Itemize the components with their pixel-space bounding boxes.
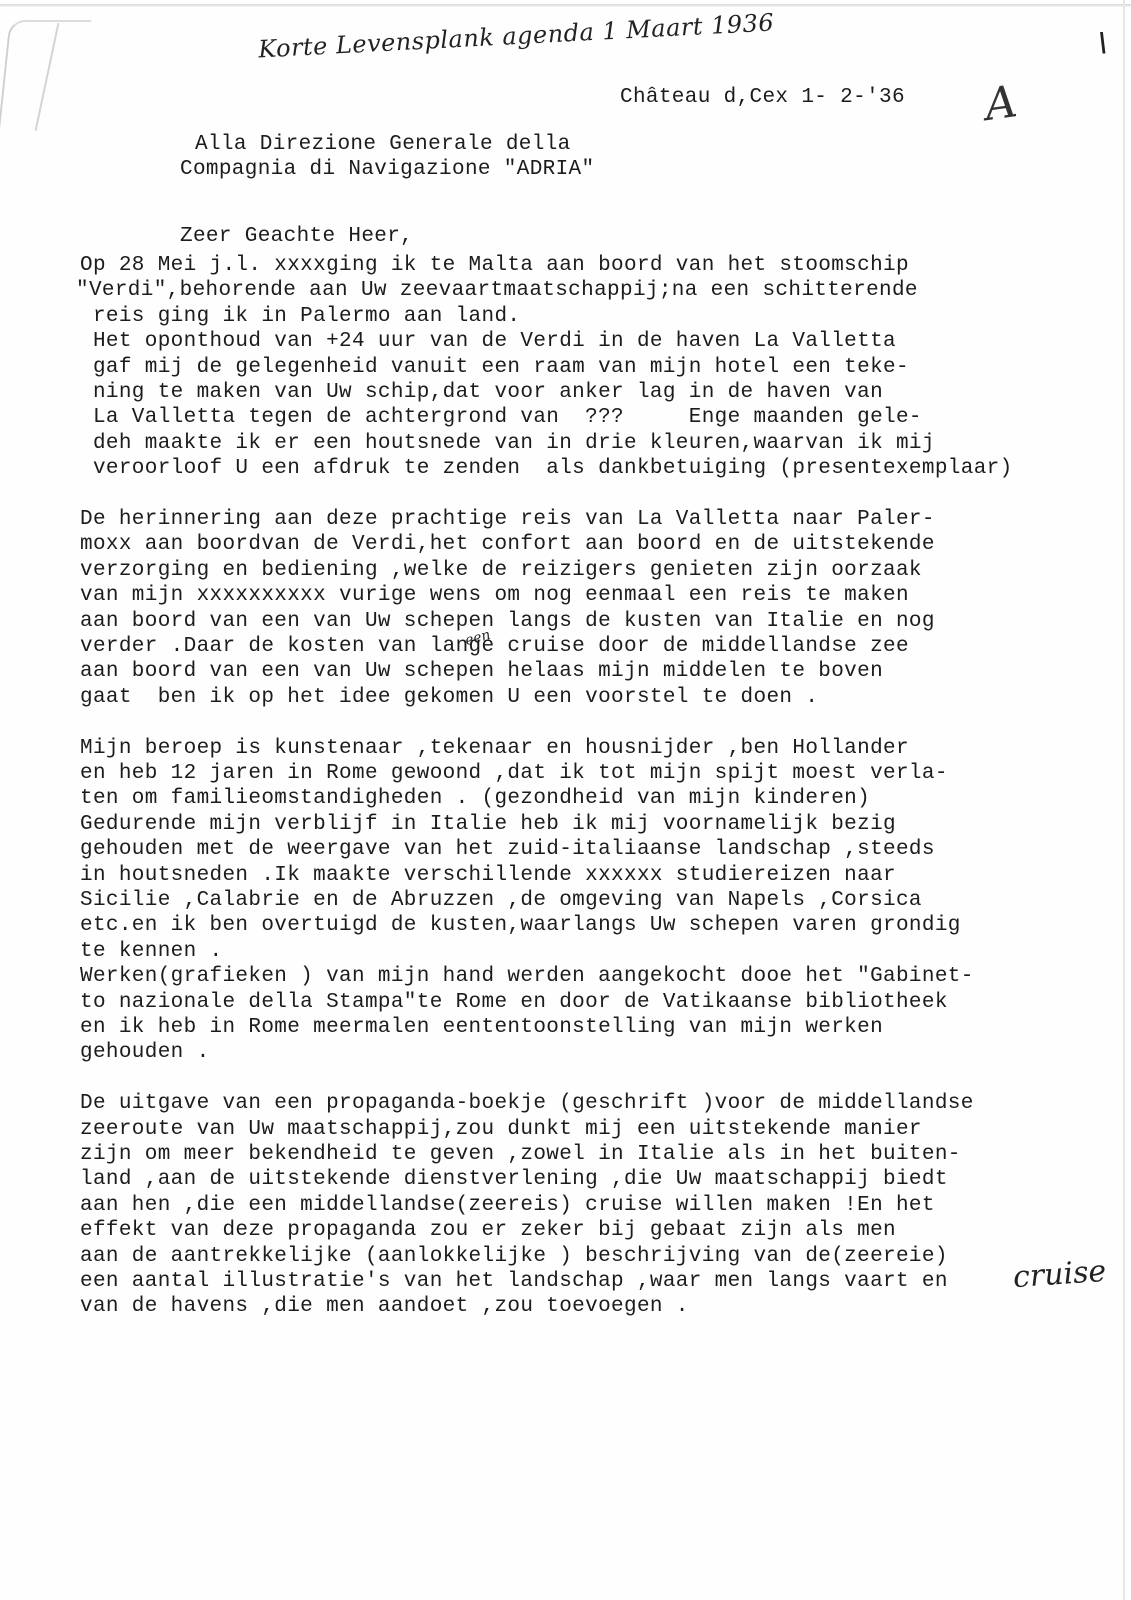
letter-line: moxx aan boordvan de Verdi,het confort a… [80, 533, 935, 557]
letter-line: effekt van deze propaganda zou er zeker … [80, 1219, 896, 1243]
letter-line: ning te maken van Uw schip,dat voor anke… [80, 381, 883, 405]
letter-line: aan de aantrekkelijke (aanlokkelijke ) b… [80, 1245, 948, 1269]
letter-line: land ,aan de uitstekende dienstverlening… [80, 1168, 948, 1192]
letter-line: Sicilie ,Calabrie en de Abruzzen ,de omg… [80, 889, 922, 913]
letter-line: aan boord van een van Uw schepen langs d… [80, 610, 935, 634]
letter-line: en ik heb in Rome meermalen eententoonst… [80, 1016, 883, 1040]
letter-line: verzorging en bediening ,welke de reizig… [80, 559, 922, 583]
letter-line: gehouden . [80, 1041, 210, 1065]
letter-line: van mijn xxxxxxxxxx vurige wens om nog e… [80, 584, 909, 608]
letter-line: aan hen ,die een middellandse(zeereis) c… [80, 1194, 935, 1218]
letter-line: gaat ben ik op het idee gekomen U een vo… [80, 686, 818, 710]
letter-line: in houtsneden .Ik maakte verschillende x… [80, 864, 896, 888]
letter-line: reis ging ik in Palermo aan land. [80, 305, 520, 329]
letter-line: etc.en ik ben overtuigd de kusten,waarla… [80, 914, 961, 938]
handwritten-insert-cruise: cruise [1012, 1254, 1107, 1295]
letter-line: De uitgave van een propaganda-boekje (ge… [80, 1092, 974, 1116]
letter-line: Gedurende mijn verblijf in Italie heb ik… [80, 813, 896, 837]
recipient-line: Compagnia di Navigazione "ADRIA" [180, 158, 594, 182]
letter-line: verder .Daar de kosten van lange cruise … [80, 635, 909, 659]
letter-line: to nazionale della Stampa"te Rome en doo… [80, 991, 948, 1015]
letter-line: te kennen . [80, 940, 222, 964]
letter-line: aan boord van een van Uw schepen helaas … [80, 660, 883, 684]
letter-line: een aantal illustratie's van het landsch… [80, 1270, 948, 1294]
date-line: Château d,Cex 1- 2-'36 [620, 86, 905, 110]
handwritten-header-note: Korte Levensplank agenda 1 Maart 1936 [258, 9, 775, 64]
recipient-line: Alla Direzione Generale della [195, 133, 571, 157]
top-right-mark: \ [1098, 28, 1108, 58]
page-edge [1123, 0, 1125, 1600]
letter-line: gaf mij de gelegenheid vanuit een raam v… [80, 356, 909, 380]
letter-line: en heb 12 jaren in Rome gewoond ,dat ik … [80, 762, 948, 786]
letter-line: zijn om meer bekendheid te geven ,zowel … [80, 1143, 961, 1167]
letter-line: deh maakte ik er een houtsnede van in dr… [80, 432, 935, 456]
letter-line: Mijn beroep is kunstenaar ,tekenaar en h… [80, 737, 909, 761]
letter-line: "Verdi",behorende aan Uw zeevaartmaatsch… [76, 279, 918, 303]
letter-line: ten om familieomstandigheden . (gezondhe… [80, 787, 870, 811]
letter-line: Op 28 Mei j.l. xxxxging ik te Malta aan … [80, 254, 909, 278]
salutation: Zeer Geachte Heer, [180, 225, 413, 249]
letter-line: Werken(grafieken ) van mijn hand werden … [80, 965, 974, 989]
letter-line: La Valletta tegen de achtergrond van ???… [80, 406, 922, 430]
letter-line: De herinnering aan deze prachtige reis v… [80, 508, 935, 532]
letter-line: gehouden met de weergave van het zuid-it… [80, 838, 935, 862]
page-edge [0, 4, 1131, 7]
letter-line: veroorloof U een afdruk te zenden als da… [80, 457, 1013, 481]
handwritten-initial: A [982, 76, 1021, 131]
paper-fold [0, 20, 91, 162]
letter-line: van de havens ,die men aandoet ,zou toev… [80, 1295, 689, 1319]
letter-line: Het oponthoud van +24 uur van de Verdi i… [80, 330, 896, 354]
letter-line: zeeroute van Uw maatschappij,zou dunkt m… [80, 1118, 922, 1142]
